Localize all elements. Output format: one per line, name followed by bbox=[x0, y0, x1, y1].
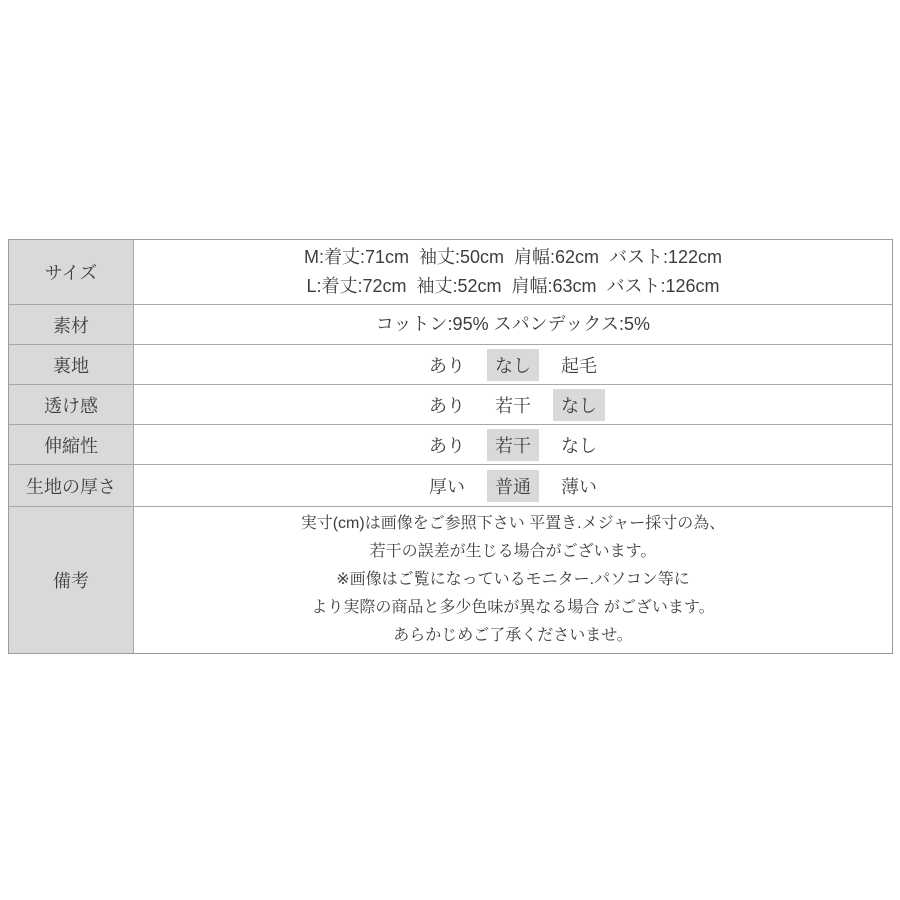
option-value: 若干 bbox=[487, 389, 539, 421]
notes-line: より実際の商品と多少色味が異なる場合 がございます。 bbox=[311, 594, 714, 622]
row-label-stretch: 伸縮性 bbox=[9, 425, 134, 464]
table-row-sheerness: 透け感 あり 若干 なし bbox=[9, 384, 892, 424]
table-row-stretch: 伸縮性 あり 若干 なし bbox=[9, 424, 892, 464]
size-line-l: L:着丈:72cm 袖丈:52cm 肩幅:63cm バスト:126cm bbox=[306, 272, 719, 301]
thickness-options: 厚い 普通 薄い bbox=[421, 470, 605, 502]
row-label-material: 素材 bbox=[9, 305, 134, 344]
table-row-size: サイズ M:着丈:71cm 袖丈:50cm 肩幅:62cm バスト:122cm … bbox=[9, 240, 892, 304]
thickness-values: 厚い 普通 薄い bbox=[134, 465, 892, 506]
row-label-sheerness: 透け感 bbox=[9, 385, 134, 424]
sheerness-values: あり 若干 なし bbox=[134, 385, 892, 424]
product-spec-table: サイズ M:着丈:71cm 袖丈:50cm 肩幅:62cm バスト:122cm … bbox=[8, 239, 893, 654]
lining-options: あり なし 起毛 bbox=[421, 349, 605, 381]
row-label-thickness: 生地の厚さ bbox=[9, 465, 134, 506]
table-row-thickness: 生地の厚さ 厚い 普通 薄い bbox=[9, 464, 892, 506]
size-values: M:着丈:71cm 袖丈:50cm 肩幅:62cm バスト:122cm L:着丈… bbox=[134, 240, 892, 304]
material-value: コットン:95% スパンデックス:5% bbox=[134, 305, 892, 344]
option-value: なし bbox=[553, 389, 605, 421]
table-row-material: 素材 コットン:95% スパンデックス:5% bbox=[9, 304, 892, 344]
option-value: 起毛 bbox=[553, 349, 605, 381]
option-value: あり bbox=[421, 389, 473, 421]
sheerness-options: あり 若干 なし bbox=[421, 389, 605, 421]
notes-line: 若干の誤差が生じる場合がございます。 bbox=[370, 538, 657, 566]
size-line-m: M:着丈:71cm 袖丈:50cm 肩幅:62cm バスト:122cm bbox=[304, 243, 722, 272]
page: サイズ M:着丈:71cm 袖丈:50cm 肩幅:62cm バスト:122cm … bbox=[0, 0, 900, 900]
option-value: あり bbox=[421, 349, 473, 381]
row-label-size: サイズ bbox=[9, 240, 134, 304]
option-value: 厚い bbox=[421, 470, 473, 502]
table-row-lining: 裏地 あり なし 起毛 bbox=[9, 344, 892, 384]
stretch-values: あり 若干 なし bbox=[134, 425, 892, 464]
option-value: あり bbox=[421, 429, 473, 461]
option-value: なし bbox=[487, 349, 539, 381]
row-label-notes: 備考 bbox=[9, 507, 134, 653]
notes-line: 実寸(cm)は画像をご参照下さい 平置き.メジャー採寸の為、 bbox=[301, 510, 726, 538]
row-label-lining: 裏地 bbox=[9, 345, 134, 384]
option-value: 薄い bbox=[553, 470, 605, 502]
option-value: なし bbox=[553, 429, 605, 461]
notes-line: ※画像はご覧になっているモニター.パソコン等に bbox=[336, 566, 690, 594]
notes-values: 実寸(cm)は画像をご参照下さい 平置き.メジャー採寸の為、 若干の誤差が生じる… bbox=[134, 507, 892, 653]
stretch-options: あり 若干 なし bbox=[421, 429, 605, 461]
table-row-notes: 備考 実寸(cm)は画像をご参照下さい 平置き.メジャー採寸の為、 若干の誤差が… bbox=[9, 506, 892, 653]
notes-line: あらかじめご了承くださいませ。 bbox=[393, 622, 633, 650]
option-value: 若干 bbox=[487, 429, 539, 461]
lining-values: あり なし 起毛 bbox=[134, 345, 892, 384]
option-value: 普通 bbox=[487, 470, 539, 502]
material-text: コットン:95% スパンデックス:5% bbox=[376, 310, 650, 339]
